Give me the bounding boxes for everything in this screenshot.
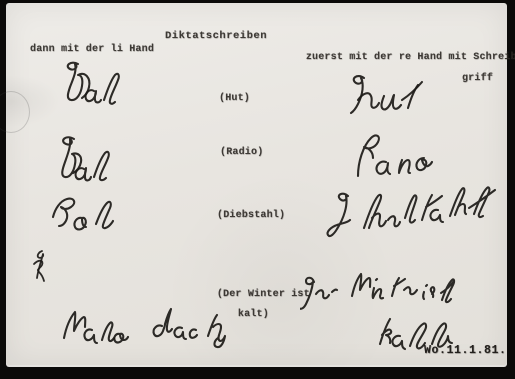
page-title: Diktatschreiben (165, 31, 267, 41)
handwriting-left-row4 (56, 292, 238, 350)
prompt-hut: (Hut) (219, 94, 250, 104)
handwriting-right-row4-line2 (370, 306, 466, 356)
handwriting-left-row2 (50, 131, 116, 189)
handwriting-left-row4-initial (28, 247, 56, 287)
prompt-winter-line2: kalt) (238, 309, 269, 320)
left-hand-condition-label: dann mit der li Hand (30, 45, 154, 55)
handwriting-right-row1 (346, 70, 430, 122)
prompt-diebstahl: (Diebstahl) (217, 211, 285, 221)
handwriting-right-row3 (326, 180, 508, 250)
prompt-radio: (Radio) (220, 148, 263, 158)
scanned-document-photo: Diktatschreiben dann mit der li Hand zue… (0, 0, 515, 379)
paper-blemish-circle (0, 91, 30, 133)
handwriting-left-row3 (48, 192, 120, 237)
handwriting-right-row2 (346, 124, 456, 182)
handwriting-left-row1 (56, 58, 126, 108)
right-hand-condition-line1: zuerst mit der re Hand mit Schreib- (306, 52, 515, 63)
